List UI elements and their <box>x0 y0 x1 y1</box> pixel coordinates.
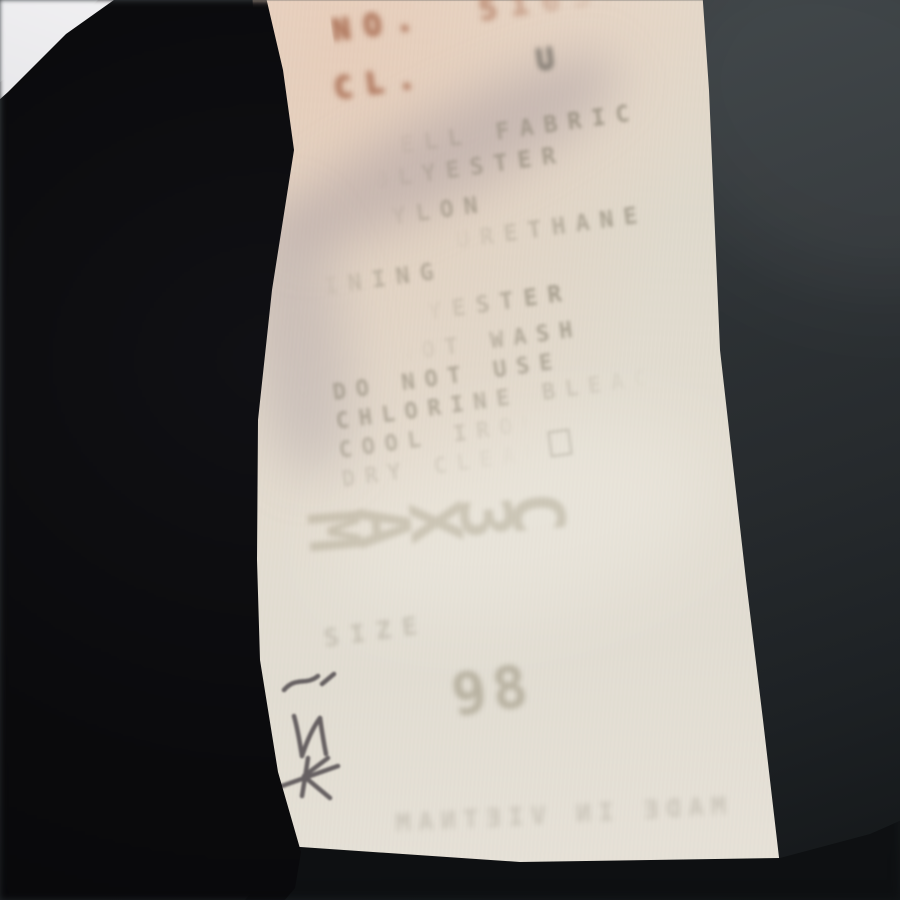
size-value: 98 <box>447 651 537 730</box>
cl-prefix: CL. <box>332 59 431 107</box>
bottom-showthrough-text: MADE IN VIETNAM <box>387 791 726 838</box>
size-label: SIZE <box>322 609 430 652</box>
no-prefix: NO. <box>330 1 429 49</box>
handwritten-mark <box>272 668 357 803</box>
cl-value: U <box>534 39 570 78</box>
care-symbol-box <box>547 429 572 458</box>
care-label-photo: NO. 51652 CL. U SHELL FABRIC POLYESTER N… <box>0 0 900 900</box>
label-no-line: NO. 51652 <box>330 0 638 49</box>
no-value: 51652 <box>476 0 637 28</box>
